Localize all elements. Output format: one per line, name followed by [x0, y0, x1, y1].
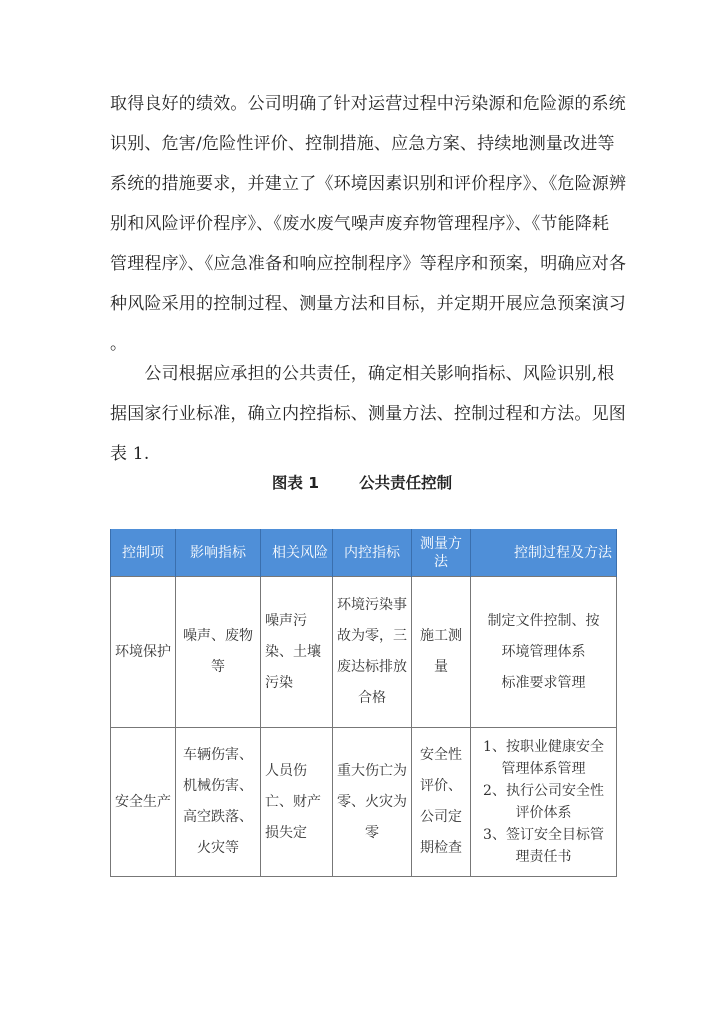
- process-line: 环境管理体系: [475, 637, 612, 668]
- cell-risk: 噪声污染、土壤污染: [261, 577, 333, 728]
- paragraph-line: 管理程序》、《应急准备和响应控制程序》等程序和预案，明确应对各: [110, 244, 620, 284]
- public-responsibility-table: 控制项 影响指标 相关风险 内控指标 测量方法 控制过程及方法 环境保护 噪声、…: [110, 529, 617, 877]
- process-line: 评价体系: [475, 802, 612, 824]
- caption-label: 图表 1: [272, 474, 319, 492]
- cell-control-item: 安全生产: [111, 728, 176, 877]
- body-paragraph-2: 公司根据应承担的公共责任，确定相关影响指标、风险识别,根 据国家行业标准，确立内…: [110, 354, 620, 474]
- cell-risk: 人员伤亡、财产损失定: [261, 728, 333, 877]
- header-control-item: 控制项: [111, 529, 176, 577]
- cell-control-item: 环境保护: [111, 577, 176, 728]
- table-row: 环境保护 噪声、废物等 噪声污染、土壤污染 环境污染事故为零，三废达标排放合格 …: [111, 577, 617, 728]
- cell-process: 1、按职业健康安全 管理体系管理 2、执行公司安全性 评价体系 3、签订安全目标…: [471, 728, 617, 877]
- process-line: 理责任书: [475, 846, 612, 868]
- process-line: 1、按职业健康安全: [475, 736, 612, 758]
- process-line: 2、执行公司安全性: [475, 780, 612, 802]
- header-internal: 内控指标: [333, 529, 412, 577]
- paragraph-line: 公司根据应承担的公共责任，确定相关影响指标、风险识别,根: [110, 354, 620, 394]
- cell-internal: 环境污染事故为零，三废达标排放合格: [333, 577, 412, 728]
- header-risk: 相关风险: [261, 529, 333, 577]
- paragraph-line: 表 1.: [110, 434, 620, 474]
- paragraph-line: 系统的措施要求，并建立了《环境因素识别和评价程序》、《危险源辨: [110, 164, 620, 204]
- cell-process: 制定文件控制、按 环境管理体系 标准要求管理: [471, 577, 617, 728]
- process-line: 制定文件控制、按: [475, 606, 612, 637]
- header-impact: 影响指标: [176, 529, 261, 577]
- table-row: 安全生产 车辆伤害、机械伤害、高空跌落、火灾等 人员伤亡、财产损失定 重大伤亡为…: [111, 728, 617, 877]
- cell-measure: 施工测量: [412, 577, 471, 728]
- paragraph-line: 种风险采用的控制过程、测量方法和目标，并定期开展应急预案演习: [110, 284, 620, 324]
- paragraph-line: 取得良好的绩效。公司明确了针对运营过程中污染源和危险源的系统: [110, 84, 620, 124]
- header-process: 控制过程及方法: [471, 529, 617, 577]
- cell-impact: 车辆伤害、机械伤害、高空跌落、火灾等: [176, 728, 261, 877]
- process-line: 管理体系管理: [475, 758, 612, 780]
- header-measure: 测量方法: [412, 529, 471, 577]
- process-line: 3、签订安全目标管: [475, 824, 612, 846]
- paragraph-line: 别和风险评价程序》、《废水废气噪声废弃物管理程序》、《节能降耗: [110, 204, 620, 244]
- caption-title: 公共责任控制: [359, 474, 452, 492]
- table-header-row: 控制项 影响指标 相关风险 内控指标 测量方法 控制过程及方法: [111, 529, 617, 577]
- cell-impact: 噪声、废物等: [176, 577, 261, 728]
- body-paragraph-1: 取得良好的绩效。公司明确了针对运营过程中污染源和危险源的系统 识别、危害/危险性…: [110, 84, 620, 364]
- paragraph-line: 据国家行业标准，确立内控指标、测量方法、控制过程和方法。见图: [110, 394, 620, 434]
- cell-internal: 重大伤亡为零、火灾为零: [333, 728, 412, 877]
- paragraph-line: 识别、危害/危险性评价、控制措施、应急方案、持续地测量改进等: [110, 124, 620, 164]
- process-line: 标准要求管理: [475, 668, 612, 699]
- cell-measure: 安全性评价、公司定期检查: [412, 728, 471, 877]
- table-caption: 图表 1公共责任控制: [0, 471, 724, 493]
